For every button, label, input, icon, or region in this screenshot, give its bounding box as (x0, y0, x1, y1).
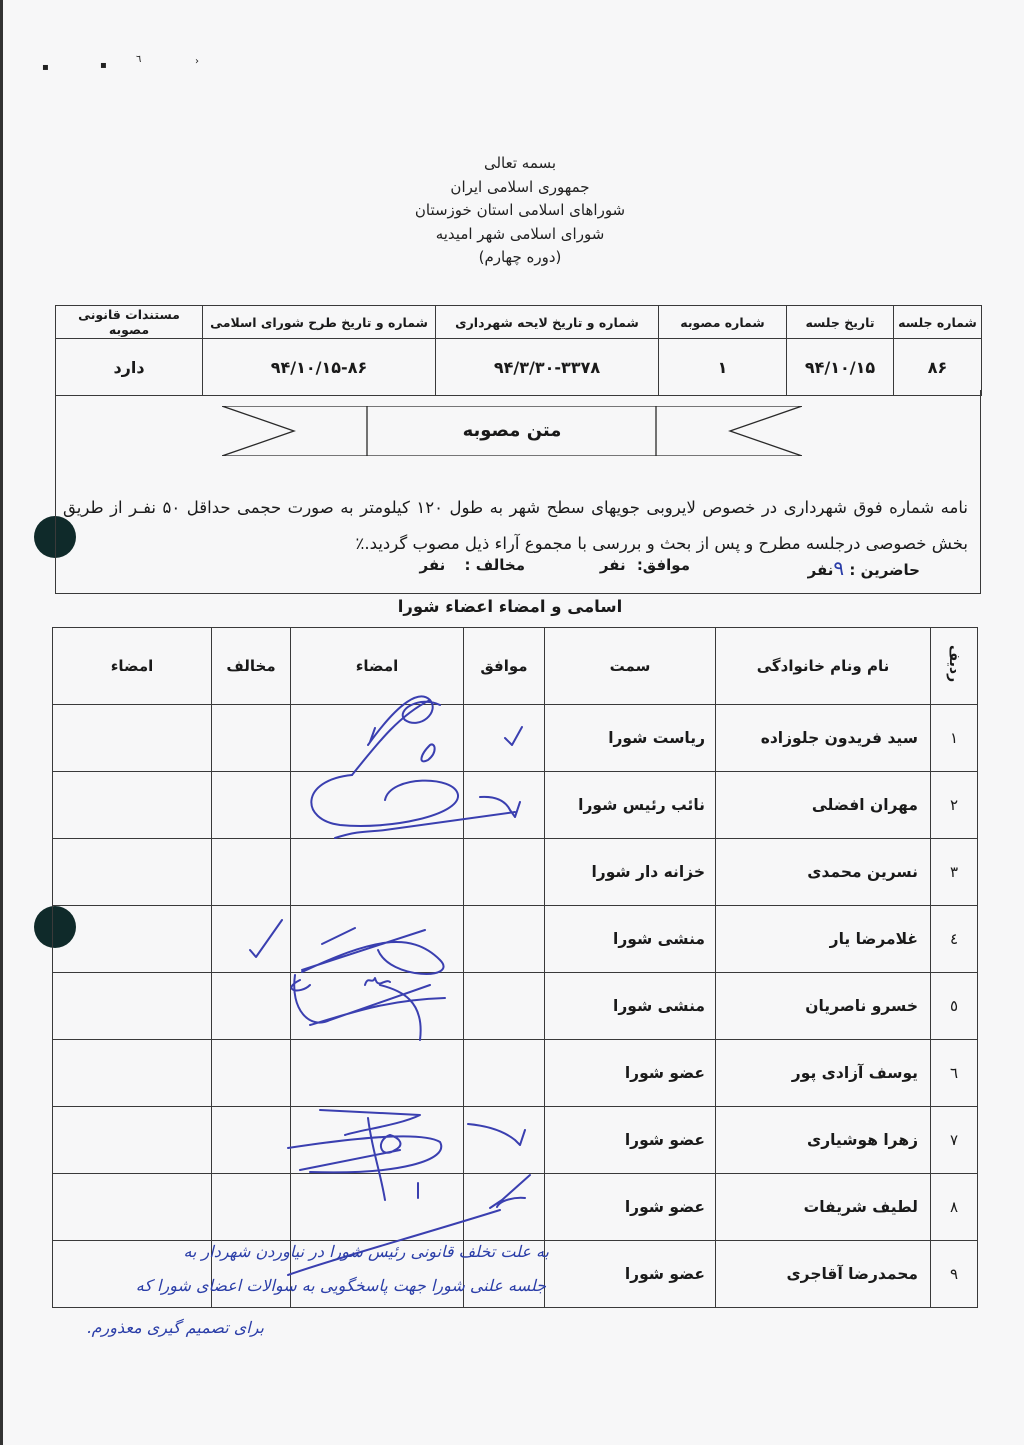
signature-cell (53, 705, 212, 772)
value-council-plan: ۹۴/۱۰/۱۵-۸۶ (203, 339, 436, 396)
oppose-cell (212, 772, 291, 839)
signature-cell (53, 1040, 212, 1107)
header-municipal-bill: شماره و تاریخ لایحه شهرداری (436, 306, 659, 339)
agree-cell (464, 906, 545, 973)
oppose-count: مخالف : نفر (420, 556, 525, 574)
value-session-number: ۸۶ (894, 339, 982, 396)
header-signature-oppose: امضاء (53, 628, 212, 705)
header-line-province-councils: شوراهای اسلامی استان خوزستان (380, 199, 660, 223)
info-table-header-row: شماره جلسه تاریخ جلسه شماره مصوبه شماره … (56, 306, 982, 339)
header-legal-basis: مستندات قانونی مصوبه (56, 306, 203, 339)
oppose-cell (212, 839, 291, 906)
oppose-cell (212, 1107, 291, 1174)
value-municipal-bill: ۹۴/۳/۳۰-۳۳۷۸ (436, 339, 659, 396)
header-session-number: شماره جلسه (894, 306, 982, 339)
header-index: ردیف (931, 628, 978, 705)
header-position: سمت (545, 628, 716, 705)
member-row: ۷ زهرا هوشیاری عضو شورا (53, 1107, 978, 1174)
agree-count: موافق: نفر (600, 556, 690, 574)
members-header-row: ردیف نام ونام خانوادگی سمت موافق امضاء م… (53, 628, 978, 705)
signature-cell (291, 906, 464, 973)
handwritten-note-line-1: به علت تخلف قانونی رئیس شورا در نیاوردن … (183, 1242, 549, 1261)
signature-cell (291, 839, 464, 906)
present-count-handwritten: ۹ (833, 556, 844, 580)
agree-cell (464, 1174, 545, 1241)
members-signature-table: ردیف نام ونام خانوادگی سمت موافق امضاء م… (52, 627, 978, 1308)
oppose-cell (212, 973, 291, 1040)
agree-cell (464, 973, 545, 1040)
member-row: ۲ مهران افضلی نائب رئیس شورا (53, 772, 978, 839)
members-section-title: اسامی و امضاء اعضاء شورا (340, 597, 680, 616)
agree-cell (464, 1107, 545, 1174)
resolution-title: متن مصوبه (368, 406, 656, 456)
header-full-name: نام ونام خانوادگی (716, 628, 931, 705)
signature-cell (53, 772, 212, 839)
header-line-term: (دوره چهارم) (380, 246, 660, 270)
signature-cell (53, 973, 212, 1040)
header-resolution-number: شماره مصوبه (659, 306, 787, 339)
agree-cell (464, 839, 545, 906)
agree-cell (464, 772, 545, 839)
info-table-value-row: ۸۶ ۹۴/۱۰/۱۵ ۱ ۹۴/۳/۳۰-۳۳۷۸ ۹۴/۱۰/۱۵-۸۶ د… (56, 339, 982, 396)
header-line-republic: جمهوری اسلامی ایران (380, 176, 660, 200)
signature-cell (53, 1174, 212, 1241)
member-row: ۳ نسرین محمدی خزانه دار شورا (53, 839, 978, 906)
signature-cell (291, 705, 464, 772)
signature-cell (291, 1107, 464, 1174)
signature-cell (291, 973, 464, 1040)
header-agree: موافق (464, 628, 545, 705)
document-header: بسمه تعالی جمهوری اسلامی ایران شوراهای ا… (380, 152, 660, 270)
handwritten-note-line-3: برای تصمیم گیری معذورم. (87, 1318, 265, 1337)
header-oppose: مخالف (212, 628, 291, 705)
resolution-info-table: شماره جلسه تاریخ جلسه شماره مصوبه شماره … (55, 305, 982, 396)
member-row: ۸ لطیف شریفات عضو شورا (53, 1174, 978, 1241)
header-line-city-council: شورای اسلامی شهر امیدیه (380, 223, 660, 247)
value-resolution-number: ۱ (659, 339, 787, 396)
signature-cell (53, 839, 212, 906)
signature-cell (53, 906, 212, 973)
resolution-body: نامه شماره فوق شهرداری در خصوص لایروبی ج… (63, 490, 968, 562)
present-count: حاضرین : ۹نفر (808, 556, 920, 580)
header-council-plan: شماره و تاریخ طرح شورای اسلامی (203, 306, 436, 339)
resolution-text-box: متن مصوبه نامه شماره فوق شهرداری در خصوص… (55, 390, 981, 594)
member-row: ٦ یوسف آزادی پور عضو شورا (53, 1040, 978, 1107)
member-row: ۱ سید فریدون جلوزاده ریاست شورا (53, 705, 978, 772)
header-signature-agree: امضاء (291, 628, 464, 705)
value-session-date: ۹۴/۱۰/۱۵ (787, 339, 894, 396)
member-row: ٥ خسرو ناصریان منشی شورا (53, 973, 978, 1040)
value-legal-basis: دارد (56, 339, 203, 396)
member-row: ٤ غلامرضا یار منشی شورا (53, 906, 978, 973)
header-session-date: تاریخ جلسه (787, 306, 894, 339)
oppose-cell (212, 1040, 291, 1107)
handwritten-note-line-2: جلسه علنی شورا جهت پاسخگویی به سوالات اع… (136, 1276, 546, 1295)
scan-edge (0, 0, 3, 1445)
signature-cell (291, 1040, 464, 1107)
oppose-cell (212, 1174, 291, 1241)
agree-cell (464, 705, 545, 772)
signature-cell (291, 1174, 464, 1241)
oppose-cell (212, 705, 291, 772)
agree-cell (464, 1040, 545, 1107)
signature-cell (291, 772, 464, 839)
oppose-cell (212, 906, 291, 973)
header-line-bismillah: بسمه تعالی (380, 152, 660, 176)
signature-cell (53, 1107, 212, 1174)
